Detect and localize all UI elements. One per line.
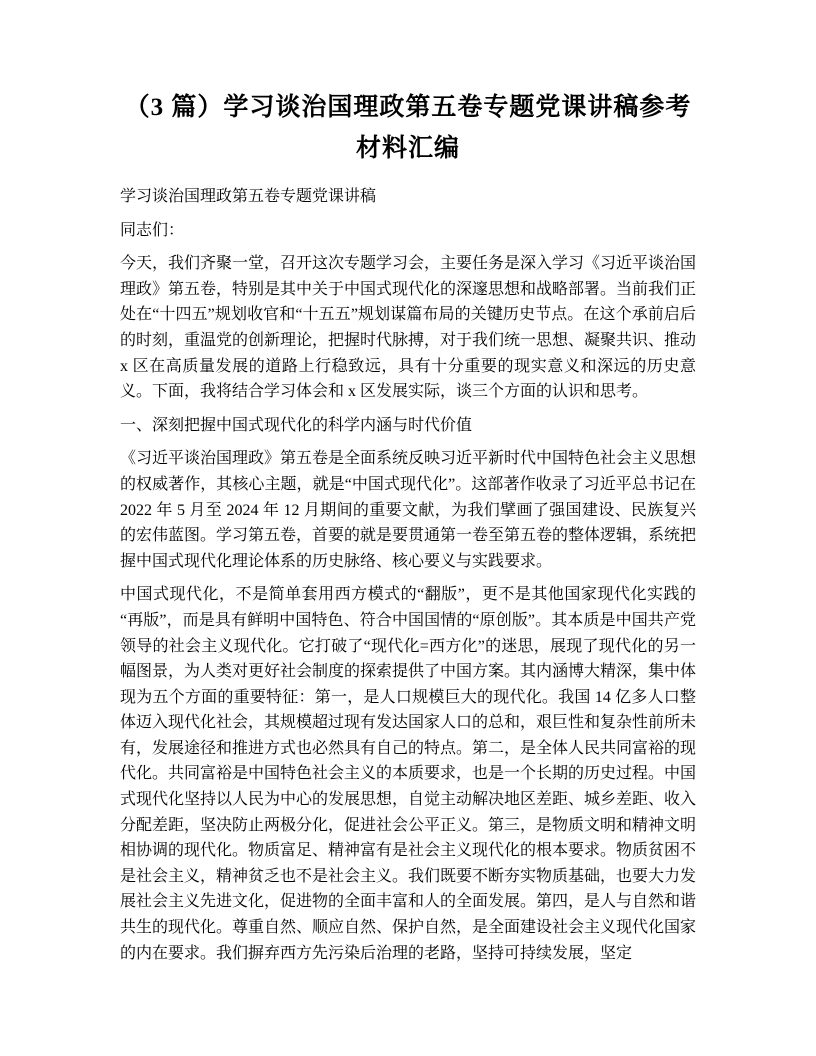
document-title: （3 篇）学习谈治国理政第五卷专题党课讲稿参考材料汇编 [120,87,696,169]
section-heading-1: 一、深刻把握中国式现代化的科学内涵与时代价值 [120,413,696,439]
document-subtitle: 学习谈治国理政第五卷专题党课讲稿 [120,184,696,210]
intro-paragraph: 今天，我们齐聚一堂，召开这次专题学习会，主要任务是深入学习《习近平谈治国理政》第… [120,251,696,405]
document-page: （3 篇）学习谈治国理政第五卷专题党课讲稿参考材料汇编 学习谈治国理政第五卷专题… [0,0,816,1056]
body-paragraph-1: 《习近平谈治国理政》第五卷是全面系统反映习近平新时代中国特色社会主义思想的权威著… [120,446,696,574]
body-paragraph-2: 中国式现代化，不是简单套用西方模式的“翻版”，更不是其他国家现代化实践的“再版”… [120,582,696,966]
salutation: 同志们： [120,218,696,244]
